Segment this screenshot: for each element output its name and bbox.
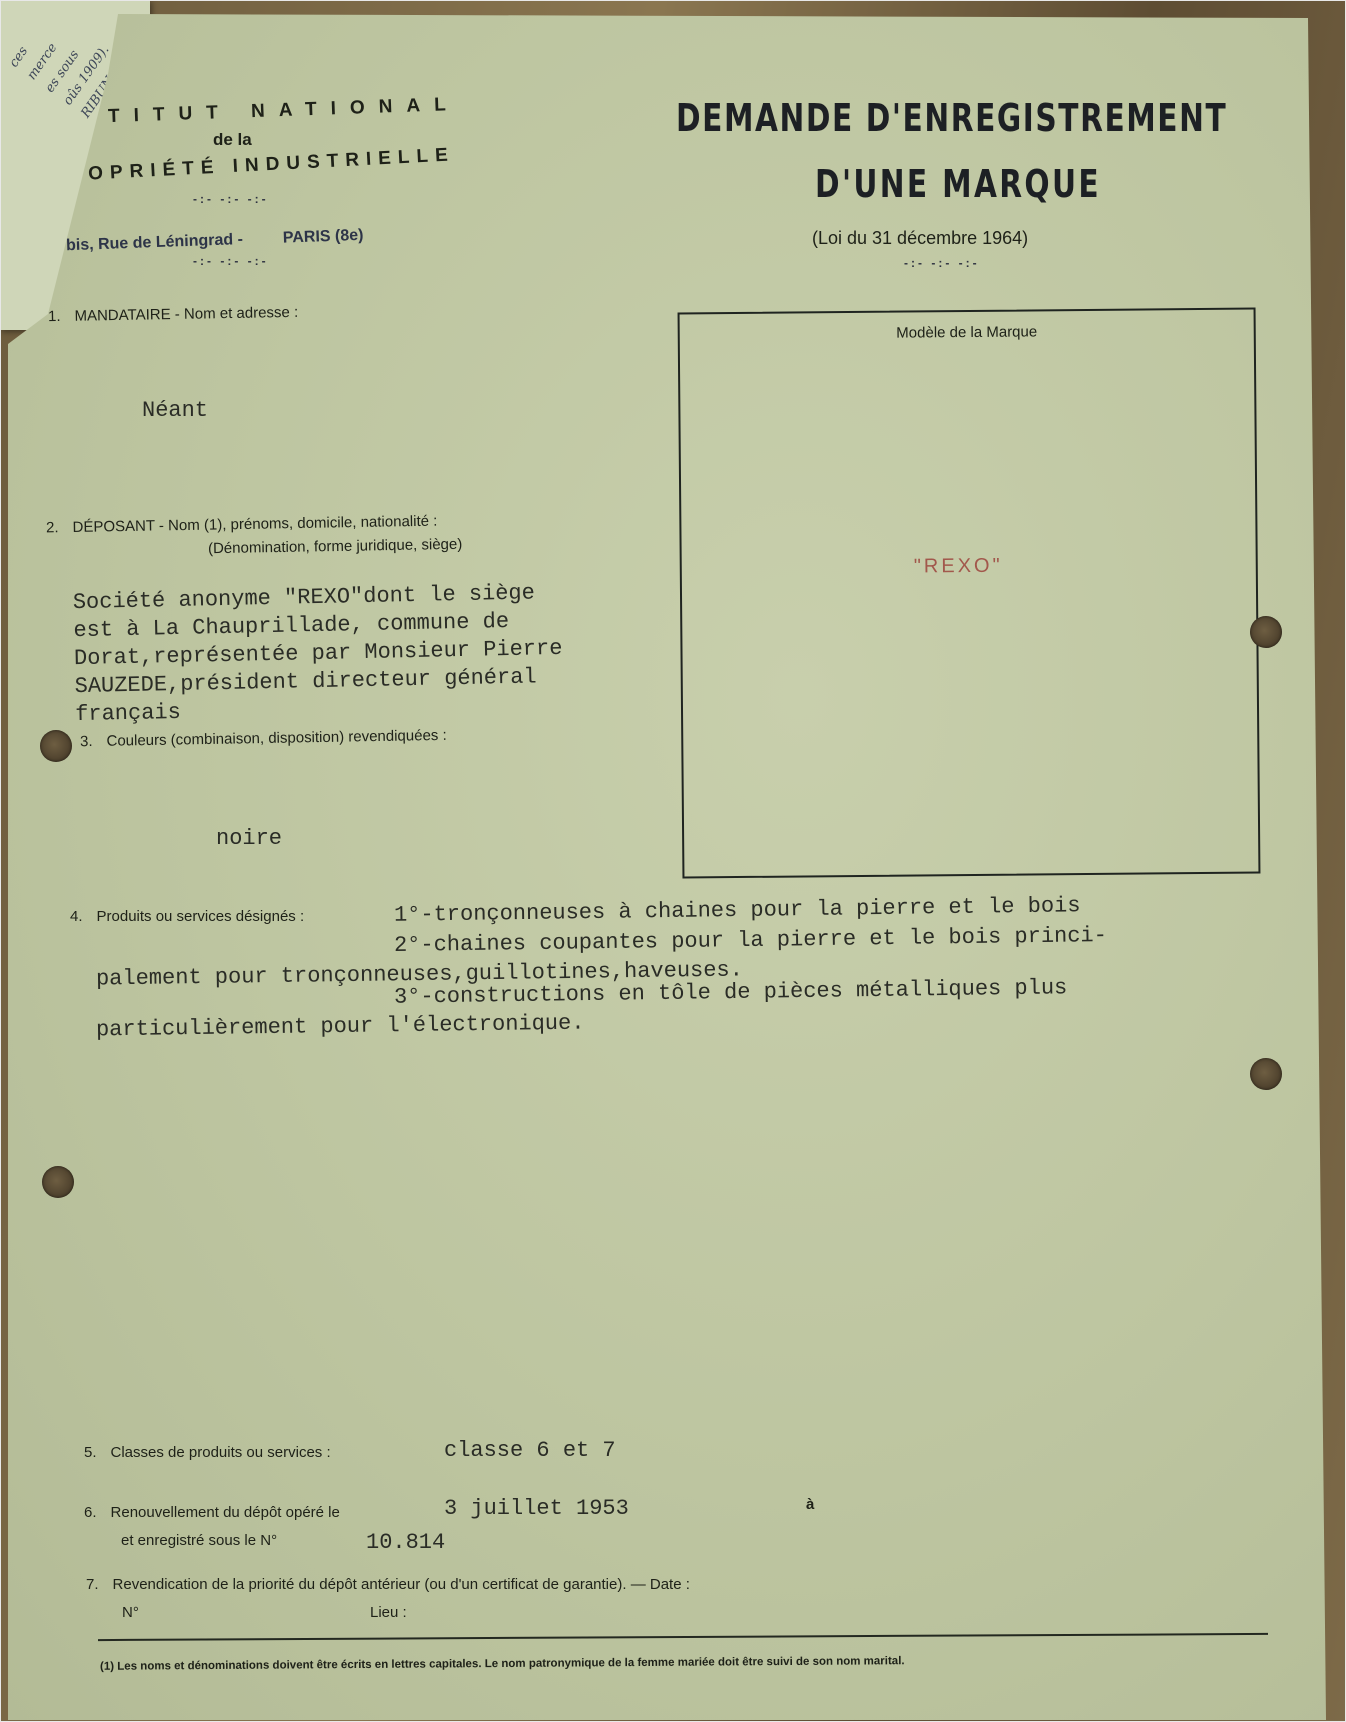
ornament-divider: -:- -:- -:- [904, 256, 980, 270]
institute-name-line2: de la [213, 130, 252, 150]
law-reference: (Loi du 31 décembre 1964) [812, 228, 1028, 249]
section-2-sublabel: (Dénomination, forme juridique, siège) [208, 536, 463, 557]
section-4-label: 4.Produits ou services désignés : [70, 908, 304, 925]
form-page: TITUT NATIONAL de la OPRIÉTÉ INDUSTRIELL… [8, 14, 1326, 1720]
punch-hole [1250, 616, 1282, 648]
section-6-number-label: et enregistré sous le N° [121, 1532, 277, 1549]
section-6-place-label: à [806, 1496, 814, 1513]
punch-hole [42, 1166, 74, 1198]
ornament-divider: -:- -:- -:- [193, 254, 269, 268]
section-2-label: 2.DÉPOSANT - Nom (1), prénoms, domicile,… [46, 513, 438, 537]
punch-hole [40, 730, 72, 762]
section-7-number-label: N° [122, 1604, 139, 1621]
section-7-place-label: Lieu : [370, 1604, 407, 1621]
product-line: 2°-chaines coupantes pour la pierre et l… [394, 923, 1107, 958]
punch-hole [1250, 1058, 1282, 1090]
ornament-divider: -:- -:- -:- [193, 192, 269, 206]
section-5-value: classe 6 et 7 [444, 1438, 616, 1463]
section-2-value: Société anonyme "REXO"dont le siège est … [73, 579, 564, 729]
section-6-number: 10.814 [366, 1530, 445, 1555]
form-title-line2: D'UNE MARQUE [815, 162, 1101, 206]
trademark-model-box: Modèle de la Marque "REXO" [678, 307, 1261, 878]
address-city: PARIS (8e) [283, 227, 364, 247]
footnote-divider [98, 1633, 1268, 1641]
trademark-stamp: "REXO" [914, 555, 1003, 579]
institute-name-line1: TITUT NATIONAL [108, 94, 460, 128]
section-3-label: 3.Couleurs (combinaison, disposition) re… [80, 727, 447, 750]
institute-address: bis, Rue de Léningrad -PARIS (8e) [66, 227, 364, 255]
section-1-label: 1.MANDATAIRE - Nom et adresse : [48, 304, 298, 325]
section-7-label: 7.Revendication de la priorité du dépôt … [86, 1576, 690, 1593]
section-5-label: 5.Classes de produits ou services : [84, 1444, 331, 1461]
product-line: 1°-tronçonneuses à chaines pour la pierr… [394, 893, 1081, 928]
footnote: (1) Les noms et dénominations doivent êt… [100, 1655, 905, 1673]
section-3-value: noire [216, 826, 282, 851]
section-6-label: 6.Renouvellement du dépôt opéré le [84, 1504, 340, 1521]
trademark-model-title: Modèle de la Marque [680, 322, 1254, 344]
section-6-date: 3 juillet 1953 [444, 1496, 629, 1521]
form-title-line1: DEMANDE D'ENREGISTREMENT [676, 96, 1227, 140]
address-street: bis, Rue de Léningrad - [66, 231, 243, 254]
section-1-value: Néant [142, 398, 208, 423]
product-line: particulièrement pour l'électronique. [96, 1011, 585, 1043]
institute-name-line3: OPRIÉTÉ INDUSTRIELLE [88, 144, 456, 185]
